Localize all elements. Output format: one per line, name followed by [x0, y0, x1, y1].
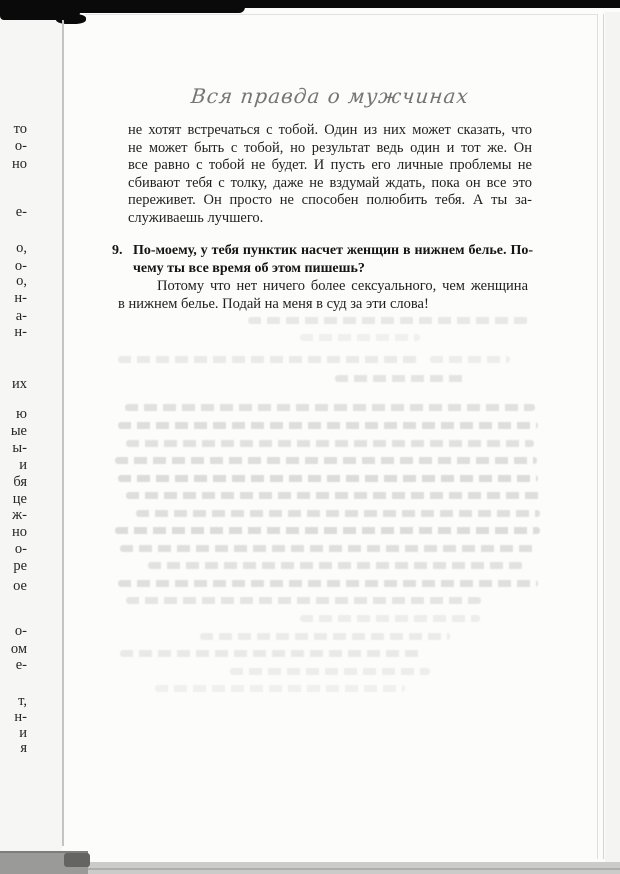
left-page-text-fragment: о- [0, 541, 27, 558]
bleed-through-line [126, 492, 540, 499]
bleed-through-line [115, 527, 540, 534]
left-page-text-fragment: то [0, 121, 27, 138]
bleed-through-line [300, 615, 480, 622]
bleed-through-line [248, 317, 528, 324]
body-text-line: не хотят встречаться с тобой. Один из ни… [128, 122, 532, 139]
body-text-line: не может быть с тобой, но результат ведь… [128, 140, 532, 157]
bleed-through-line [430, 356, 510, 363]
bleed-through-line [335, 375, 465, 382]
question-text-line: По-моему, у тебя пунктик насчет женщин в… [133, 243, 533, 259]
left-page-text-fragment: но [0, 156, 27, 173]
body-text-line: переживет. Он просто не способен полюбит… [128, 192, 532, 209]
page-right-margin [605, 12, 620, 862]
left-page-text-fragment: ы- [0, 440, 27, 457]
bleed-through-line [136, 510, 540, 517]
body-text-line: все равно с тобой не будет. И пусть его … [128, 157, 532, 174]
left-page-text-fragment: о, [0, 273, 27, 290]
answer-text-line: в нижнем белье. Подай на меня в суд за э… [118, 296, 429, 313]
page-top-edge-line [85, 14, 598, 15]
bleed-through-line [115, 457, 537, 464]
body-text-line: служиваешь лучшего. [128, 210, 532, 227]
bleed-through-line [120, 650, 420, 657]
scan-bottom-left-blob [64, 853, 90, 867]
question-number: 9. [112, 243, 123, 259]
book-gutter-line [62, 20, 64, 846]
bleed-through-line [126, 440, 534, 447]
bleed-through-line [155, 685, 405, 692]
bleed-through-line [148, 562, 523, 569]
left-page-text-fragment: е- [0, 657, 27, 674]
left-page-text-fragment: н- [0, 290, 27, 307]
left-page-text-fragment: бя [0, 474, 27, 491]
left-page-text-fragment: ые [0, 423, 27, 440]
left-page-text-fragment: и [0, 457, 27, 474]
bleed-through-line [126, 597, 481, 604]
left-page-text-fragment: ре [0, 558, 27, 575]
left-page-text-fragment: но [0, 524, 27, 541]
bleed-through-line [300, 334, 420, 341]
body-text-line: сбивают тебя с толку, даже не вздумай жд… [128, 175, 532, 192]
bleed-through-line [230, 668, 430, 675]
bleed-through-line [118, 422, 538, 429]
bleed-through-line [125, 404, 535, 411]
scan-bottom-line [0, 868, 620, 870]
bleed-through-line [118, 475, 538, 482]
bleed-through-line [118, 580, 538, 587]
answer-text-line: Потому что нет ничего более сексуального… [157, 278, 528, 295]
page-right-edge-line-1 [597, 14, 598, 859]
page-right-edge-line-2 [603, 14, 604, 859]
bleed-through-line [118, 356, 418, 363]
bleed-through-line [120, 545, 535, 552]
question-text-line: чему ты все время об этом пишешь? [133, 261, 533, 277]
running-header-title: Вся правда о мужчинах [127, 84, 534, 108]
left-page-text-fragment: а- [0, 308, 27, 325]
left-page-text-fragment: н- [0, 324, 27, 341]
left-page-text-fragment: е- [0, 204, 27, 221]
left-page-text-fragment: т, [0, 693, 27, 710]
left-page-text-fragment: их [0, 376, 27, 393]
left-page-text-fragment: ое [0, 578, 27, 595]
left-page-text-fragment: ю [0, 406, 27, 423]
left-page-text-fragment: це [0, 491, 27, 508]
left-page-text-fragment: о- [0, 138, 27, 155]
scanner-edge-blob [56, 14, 86, 24]
left-page-text-fragment: я [0, 740, 27, 757]
left-page-text-fragment: о- [0, 623, 27, 640]
left-page-text-fragment: о, [0, 240, 27, 257]
left-page-text-fragment: ж- [0, 507, 27, 524]
scanned-book-page: Вся правда о мужчинах не хотят встречать… [0, 0, 620, 874]
bleed-through-line [200, 633, 450, 640]
left-page-text-fragment: н- [0, 709, 27, 726]
left-page-text-fragment: ом [0, 641, 27, 658]
